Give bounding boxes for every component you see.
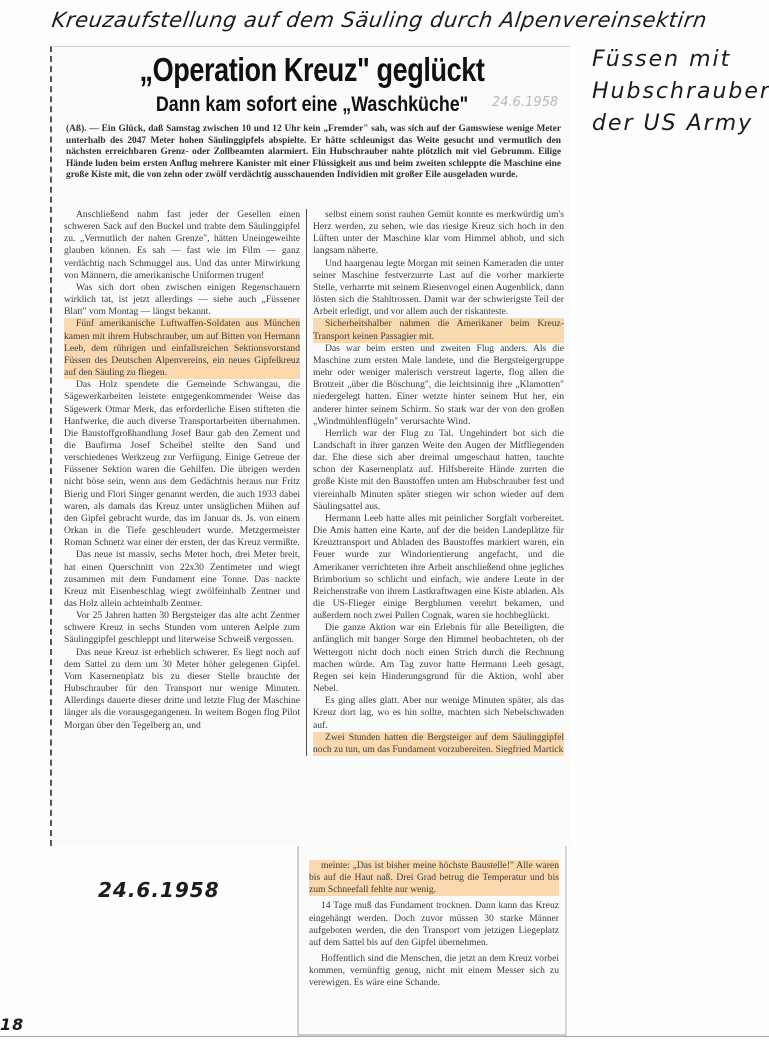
paragraph: Was sich dort oben zwischen einigen Rege… [64, 282, 300, 318]
paragraph: 14 Tage muß das Fundament trocknen. Dann… [309, 900, 559, 949]
highlighted-paragraph: Zwei Stunden hatten die Bergsteiger auf … [313, 732, 564, 756]
article-headline: „Operation Kreuz" geglückt [99, 51, 525, 89]
handwritten-date: 24.6.1958 [98, 878, 220, 902]
page-number: 18 [0, 1015, 24, 1034]
paragraph: Und haargenau legte Morgan mit seinen Ka… [313, 258, 564, 319]
paragraph: Die ganze Aktion war ein Erlebnis für al… [313, 622, 564, 695]
paragraph: Vor 25 Jahren hatten 30 Bergsteiger das … [64, 610, 300, 646]
continuation-column: meinte: „Das ist bisher meine höchste Ba… [309, 860, 559, 994]
paragraph: selbst einem sonst rauhen Gemüt konnte e… [313, 209, 564, 258]
paragraph: Das neue Kreuz ist erheblich schwerer. E… [64, 647, 300, 732]
newspaper-clipping: „Operation Kreuz" geglückt Dann kam sofo… [50, 46, 570, 846]
highlighted-paragraph: meinte: „Das ist bisher meine höchste Ba… [309, 860, 559, 896]
paragraph: Anschließend nahm fast jeder der Geselle… [64, 209, 300, 282]
scan-edge [0, 1036, 769, 1037]
article-lead: (Aß). — Ein Glück, daß Samstag zwischen … [66, 124, 561, 182]
article-column-right: selbst einem sonst rauhen Gemüt konnte e… [306, 209, 564, 756]
paragraph: Das Holz spendete die Gemeinde Schwangau… [64, 379, 300, 549]
paragraph: Es ging alles glatt. Aber nur wenige Min… [313, 695, 564, 731]
handwritten-title-note: Kreuzaufstellung auf dem Säuling durch A… [50, 8, 708, 32]
article-subhead: Dann kam sofort eine „Waschküche" [91, 93, 533, 117]
date-stamp: 24.6.1958 [492, 95, 558, 110]
paragraph: Hermann Leeb hatte alles mit peinlicher … [313, 513, 564, 622]
handwritten-side-note: Füssen mit Hubschrauber der US Army [592, 44, 769, 140]
paragraph: Das war beim ersten und zweiten Flug and… [313, 343, 564, 428]
paragraph: Das neue ist massiv, sechs Meter hoch, d… [64, 549, 300, 610]
highlighted-paragraph: Fünf amerikanische Luftwaffen-Soldaten a… [64, 318, 300, 379]
paragraph: Herrlich war der Flug zu Tal. Ungehinder… [313, 428, 564, 513]
article-column-left: Anschließend nahm fast jeder der Geselle… [64, 209, 300, 732]
paragraph: Hoffentlich sind die Menschen, die jetzt… [309, 953, 559, 989]
article-continuation: meinte: „Das ist bisher meine höchste Ba… [297, 846, 567, 1036]
highlighted-paragraph: Sicherheitshalber nahmen die Amerikaner … [313, 318, 564, 342]
